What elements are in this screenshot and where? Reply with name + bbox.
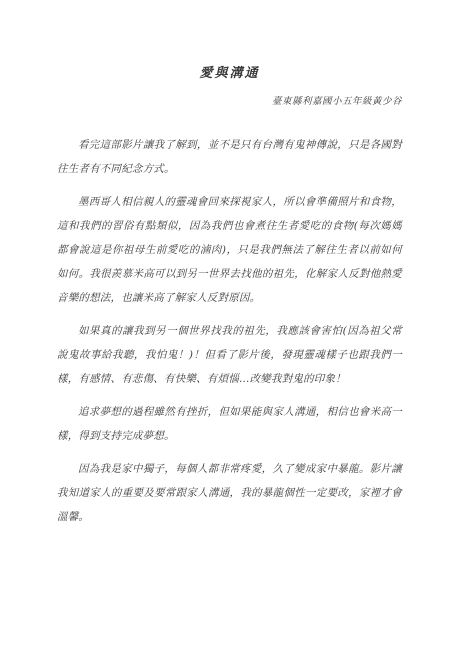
paragraph-2: 墨西哥人相信親人的靈魂會回來探視家人，所以會準備照片和食物，這和我們的習俗有點類… bbox=[57, 190, 402, 310]
document-byline: 臺東縣利嘉國小五年級黃少谷 bbox=[57, 93, 402, 107]
document-title: 愛與溝通 bbox=[57, 62, 402, 81]
paragraph-3: 如果真的讓我到另一個世界找我的祖先，我應該會害怕(因為祖父常說鬼故事給我聽，我怕… bbox=[57, 319, 402, 391]
paragraph-5: 因為我是家中獨子，每個人都非常疼愛，久了變成家中暴龍。影片讓我知道家人的重要及要… bbox=[57, 457, 402, 529]
paragraph-4: 追求夢想的過程雖然有挫折，但如果能與家人溝通，相信也會米高一樣，得到支持完成夢想… bbox=[57, 400, 402, 448]
paragraph-1: 看完這部影片讓我了解到，並不是只有台灣有鬼神傳說，只是各國對往生者有不同紀念方式… bbox=[57, 133, 402, 181]
document-body: 看完這部影片讓我了解到，並不是只有台灣有鬼神傳說，只是各國對往生者有不同紀念方式… bbox=[57, 133, 402, 529]
document-page: 愛與溝通 臺東縣利嘉國小五年級黃少谷 看完這部影片讓我了解到，並不是只有台灣有鬼… bbox=[0, 0, 458, 648]
